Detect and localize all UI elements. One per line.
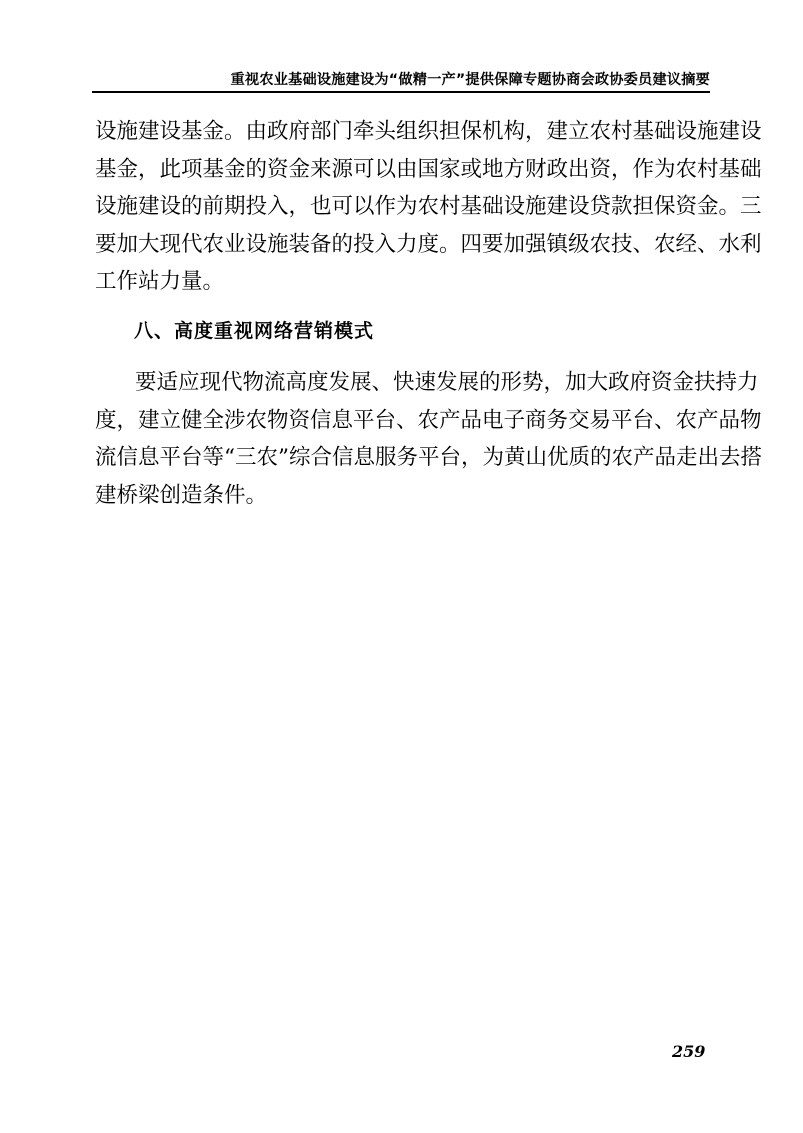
paragraph-line: 度，建立健全涉农物资信息平台、农产品电子商务交易平台、农产品物 <box>95 402 709 440</box>
page-number: 259 <box>672 1042 705 1061</box>
paragraph-line: 建桥梁创造条件。 <box>95 477 709 515</box>
paragraph-line: 基金，此项基金的资金来源可以由国家或地方财政出资，作为农村基础 <box>95 151 709 189</box>
paragraph-line: 工作站力量。 <box>95 263 709 301</box>
paragraph-2: 要适应现代物流高度发展、快速发展的形势，加大政府资金扶持力 度，建立健全涉农物资… <box>95 364 709 514</box>
paragraph-line: 流信息平台等“三农”综合信息服务平台，为黄山优质的农产品走出去搭 <box>95 439 709 477</box>
paragraph-line: 要适应现代物流高度发展、快速发展的形势，加大政府资金扶持力 <box>95 364 709 402</box>
header-rule <box>92 91 710 93</box>
paragraph-line: 设施建设基金。由政府部门牵头组织担保机构，建立农村基础设施建设 <box>95 113 709 151</box>
paragraph-1: 设施建设基金。由政府部门牵头组织担保机构，建立农村基础设施建设 基金，此项基金的… <box>95 113 709 301</box>
running-head: 重视农业基础设施建设为“做精一产”提供保障专题协商会政协委员建议摘要 <box>92 71 710 89</box>
paragraph-line: 要加大现代农业设施装备的投入力度。四要加强镇级农技、农经、水利 <box>95 226 709 264</box>
paragraph-line: 设施建设的前期投入，也可以作为农村基础设施建设贷款担保资金。三 <box>95 188 709 226</box>
section-heading: 八、高度重视网络营销模式 <box>134 318 374 344</box>
